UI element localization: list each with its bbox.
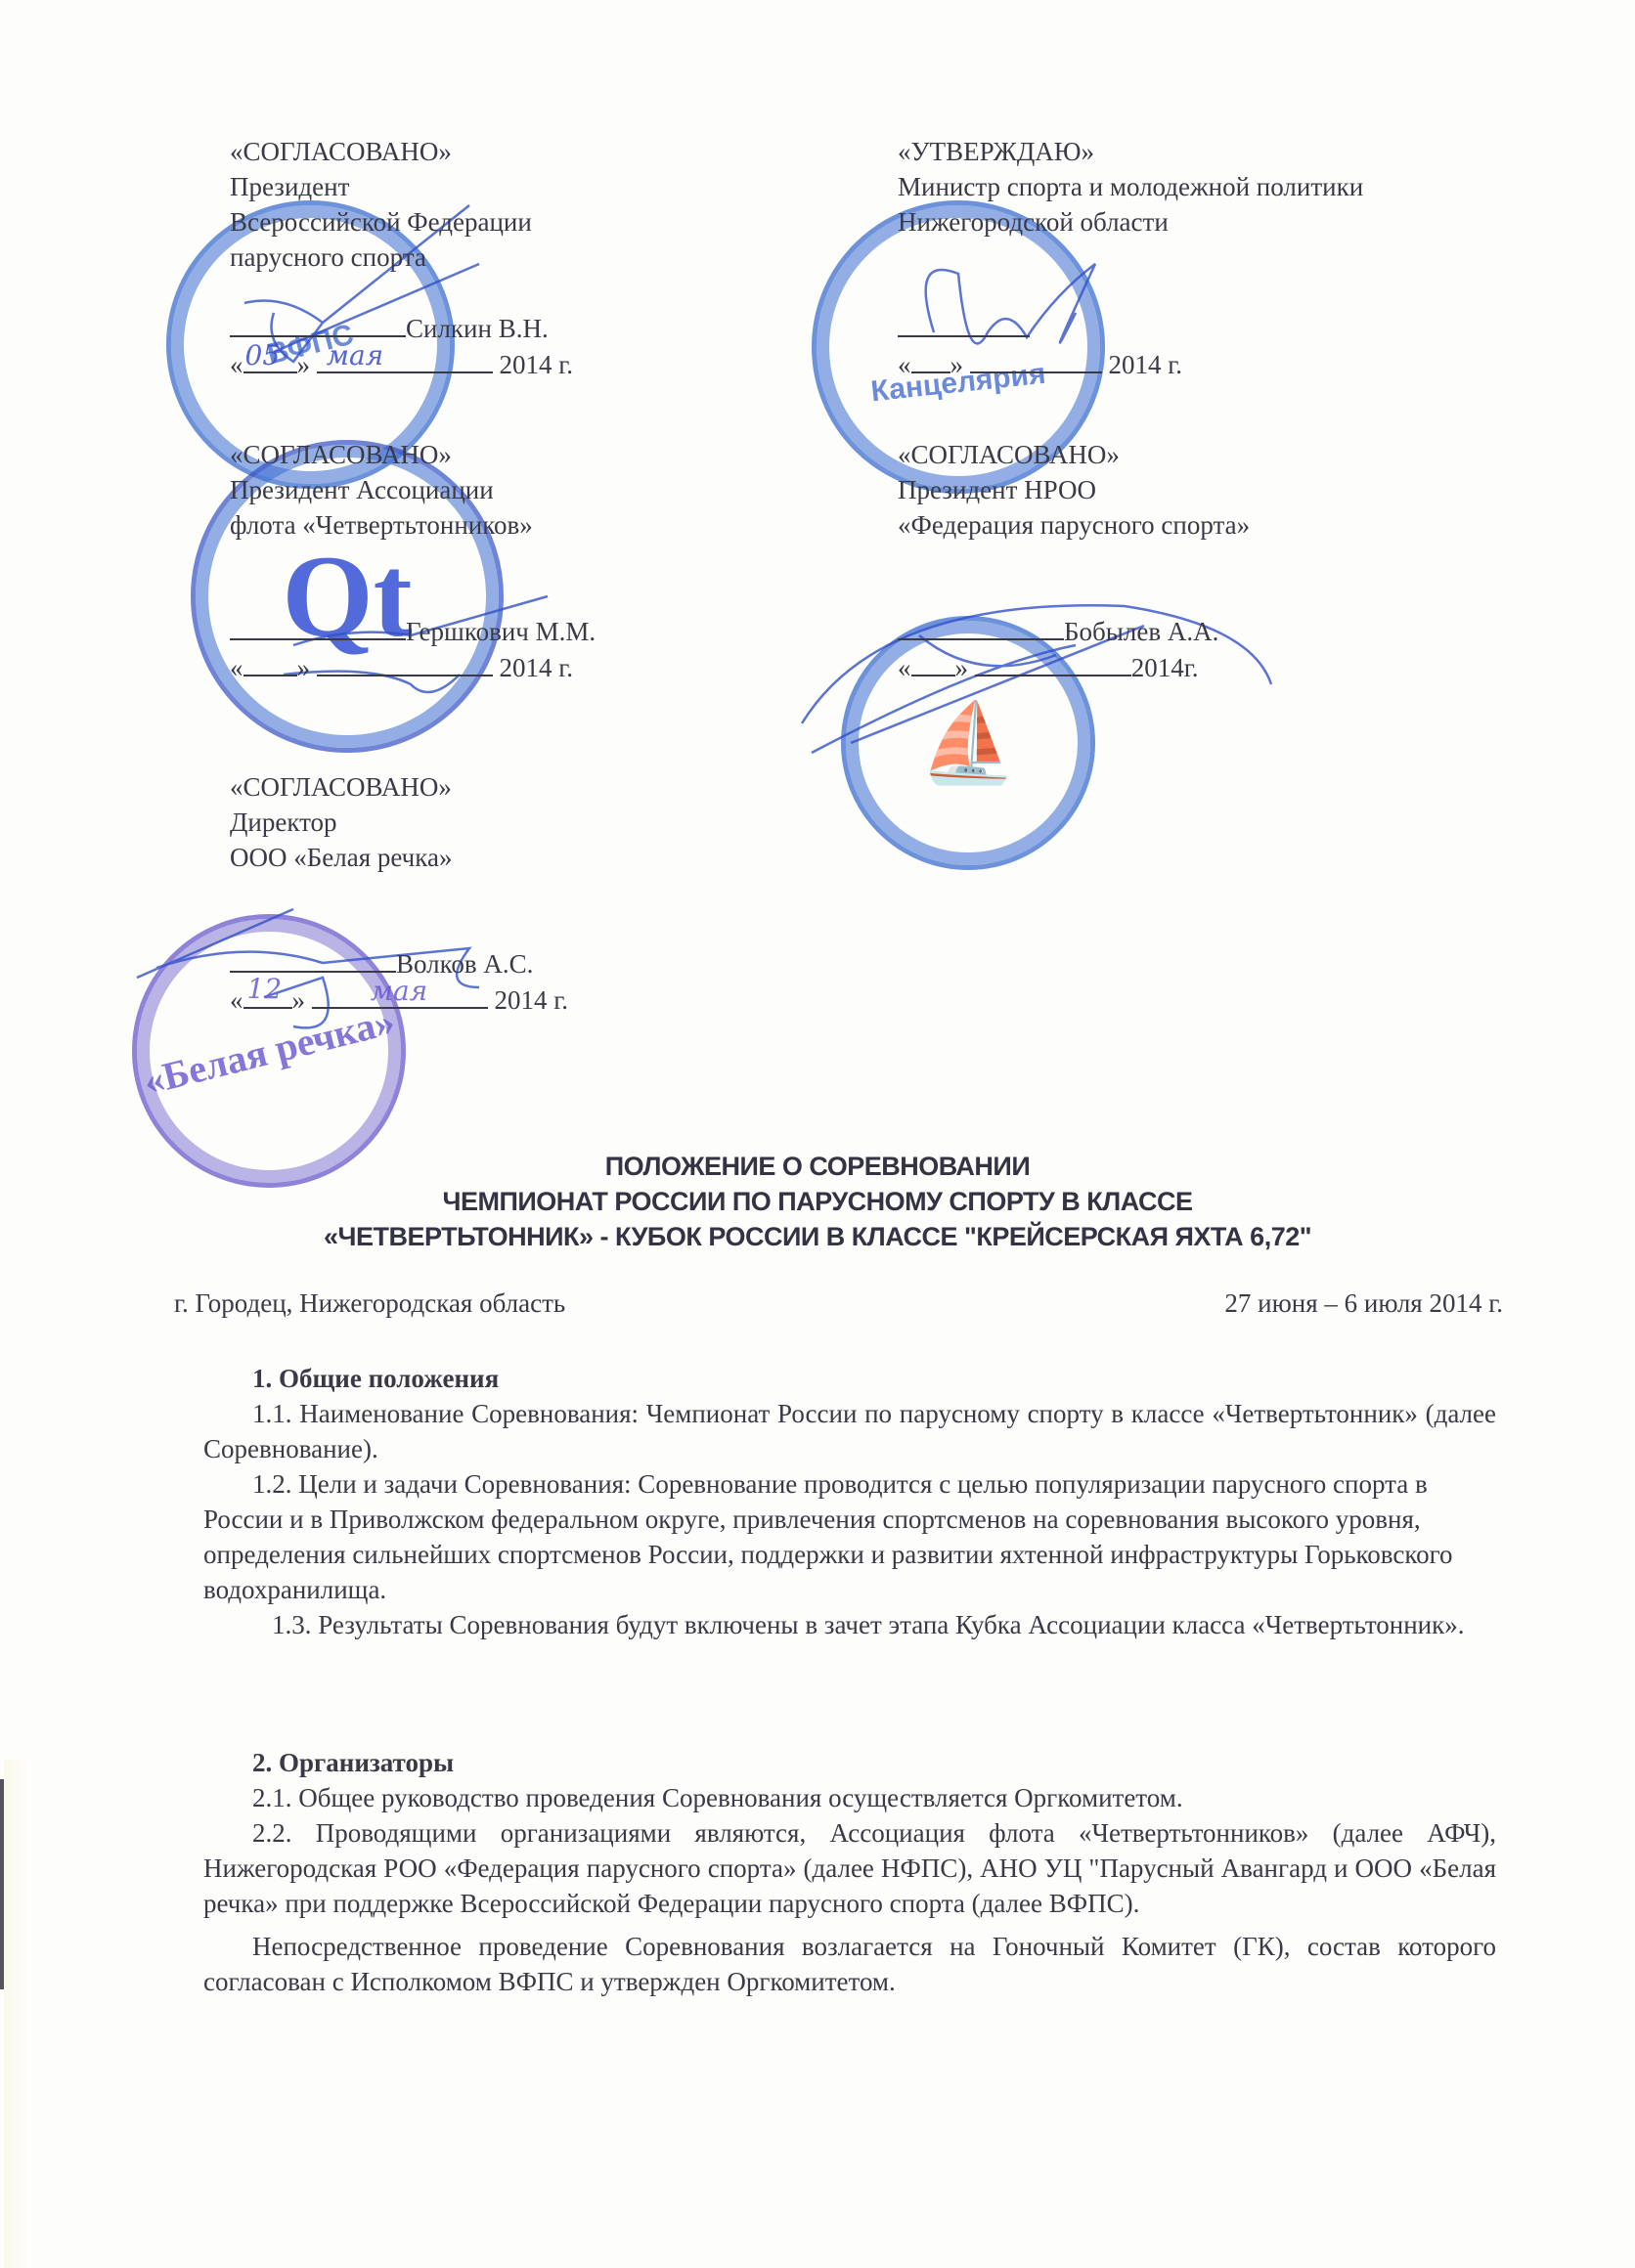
approval-heading: «УТВЕРЖДАЮ»	[898, 134, 1363, 169]
scan-shadow	[4, 1760, 29, 2268]
paragraph: 2.2. Проводящими организациями являются,…	[203, 1815, 1496, 1921]
date-year: 2014 г.	[1109, 350, 1183, 379]
date-quote-open: «	[230, 653, 243, 682]
title-line-3: «ЧЕТВЕРТЬТОННИК» - КУБОК РОССИИ В КЛАССЕ…	[0, 1219, 1635, 1254]
approval-line: Президент	[230, 169, 573, 204]
signature-line	[230, 310, 406, 337]
approval-heading: «СОГЛАСОВАНО»	[230, 134, 573, 169]
date-year: 2014 г.	[500, 350, 574, 379]
document-title: ПОЛОЖЕНИЕ О СОРЕВНОВАНИИ ЧЕМПИОНАТ РОССИ…	[0, 1149, 1635, 1254]
signature-line	[230, 613, 406, 640]
approval-line: Всероссийской Федерации	[230, 204, 573, 240]
section-heading: 2. Организаторы	[203, 1745, 1496, 1780]
approval-heading: «СОГЛАСОВАНО»	[898, 437, 1250, 472]
date-quote-open: «	[230, 350, 243, 379]
date-quote-open: «	[898, 350, 911, 379]
event-place: г. Городец, Нижегородская область	[174, 1288, 565, 1319]
approval-afch: «СОГЛАСОВАНО» Президент Ассоциации флота…	[230, 437, 596, 685]
date-day-field: 12	[243, 981, 292, 1009]
date-quote-close: »	[955, 653, 969, 682]
date-quote-open: «	[898, 653, 911, 682]
approval-line: Министр спорта и молодежной политики	[898, 169, 1363, 204]
approval-belaya: «СОГЛАСОВАНО» Директор ООО «Белая речка»…	[230, 769, 568, 1018]
approval-line: Президент НРОО	[898, 472, 1250, 507]
stamp-label: ⛵	[846, 697, 1090, 789]
date-quote-close: »	[297, 653, 311, 682]
approval-line: парусного спорта	[230, 240, 573, 275]
title-line-2: ЧЕМПИОНАТ РОССИИ ПО ПАРУСНОМУ СПОРТУ В К…	[0, 1184, 1635, 1219]
signature-line	[898, 613, 1064, 640]
date-day-handwritten: 12	[247, 972, 283, 1007]
approval-minister: «УТВЕРЖДАЮ» Министр спорта и молодежной …	[898, 134, 1363, 382]
approval-line: ООО «Белая речка»	[230, 840, 568, 875]
approval-line: Президент Ассоциации	[230, 472, 596, 507]
signatory-name: Силкин В.Н.	[406, 314, 549, 343]
date-day-field	[911, 346, 950, 373]
approval-line: Нижегородской области	[898, 204, 1363, 240]
paragraph: Непосредственное проведение Соревнования…	[203, 1929, 1496, 1999]
date-quote-open: «	[230, 985, 243, 1015]
paragraph: 1.1. Наименование Соревнования: Чемпиона…	[203, 1396, 1496, 1466]
date-year: 2014г.	[1131, 653, 1199, 682]
date-month-field	[317, 649, 493, 676]
event-dates: 27 июня – 6 июля 2014 г.	[1224, 1288, 1503, 1319]
approval-line: Директор	[230, 805, 568, 840]
approval-heading: «СОГЛАСОВАНО»	[230, 437, 596, 472]
date-year: 2014 г.	[495, 985, 569, 1015]
date-day-field	[911, 649, 955, 676]
date-month-field	[970, 346, 1102, 373]
paragraph: 1.3. Результаты Соревнования будут включ…	[203, 1607, 1496, 1642]
date-month-field	[975, 649, 1131, 676]
signatory-name: Гершкович М.М.	[406, 617, 596, 646]
date-quote-close: »	[292, 985, 306, 1015]
date-year: 2014 г.	[500, 653, 574, 682]
date-day-field	[243, 649, 297, 676]
date-month-field: мая	[317, 346, 493, 373]
scan-edge	[0, 1779, 4, 1989]
signatory-name: Бобылев А.А.	[1064, 617, 1218, 646]
approval-vfps: «СОГЛАСОВАНО» Президент Всероссийской Фе…	[230, 134, 573, 382]
approval-nroo: «СОГЛАСОВАНО» Президент НРОО «Федерация …	[898, 437, 1250, 685]
date-day-handwritten: 05	[245, 338, 281, 373]
section-general: 1. Общие положения 1.1. Наименование Сор…	[203, 1361, 1496, 1642]
approval-heading: «СОГЛАСОВАНО»	[230, 769, 568, 805]
date-day-field: 05	[243, 346, 297, 373]
paragraph: 2.1. Общее руководство проведения Соревн…	[203, 1780, 1496, 1815]
paragraph: 1.2. Цели и задачи Соревнования: Соревно…	[203, 1466, 1496, 1607]
date-month-field: мая	[312, 981, 488, 1009]
date-quote-close: »	[950, 350, 964, 379]
section-heading: 1. Общие положения	[203, 1361, 1496, 1396]
date-month-handwritten: мая	[371, 974, 427, 1009]
signature-line	[230, 945, 396, 973]
signature-line	[898, 310, 1030, 337]
title-line-1: ПОЛОЖЕНИЕ О СОРЕВНОВАНИИ	[0, 1149, 1635, 1184]
approval-line: флота «Четвертьтонников»	[230, 507, 596, 543]
approval-line: «Федерация парусного спорта»	[898, 507, 1250, 543]
section-organizers: 2. Организаторы 2.1. Общее руководство п…	[203, 1745, 1496, 1999]
date-quote-close: »	[297, 350, 311, 379]
date-month-handwritten: мая	[327, 338, 383, 373]
